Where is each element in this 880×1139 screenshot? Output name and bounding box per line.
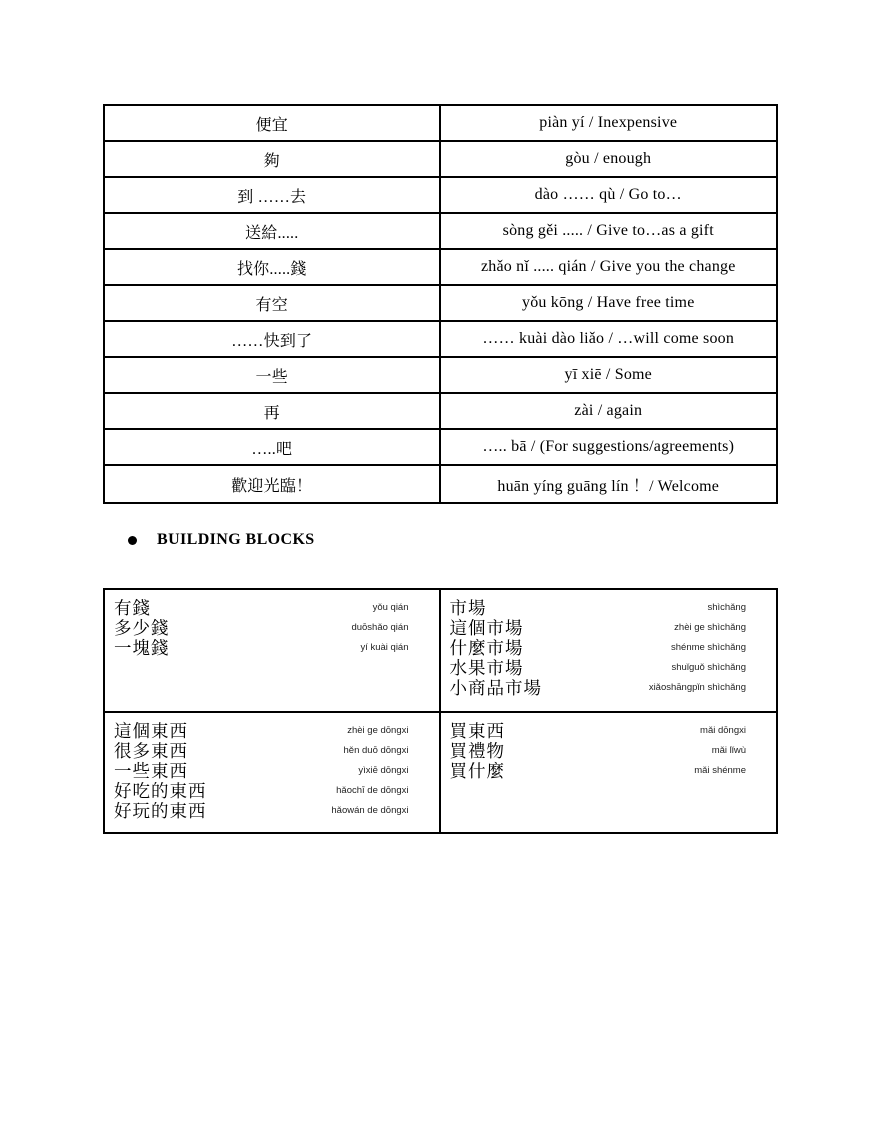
table-row: …..吧 ….. bā / (For suggestions/agreement… xyxy=(105,430,776,466)
building-block-entry: 好玩的東西 hǎowán de dōngxi xyxy=(114,800,439,820)
table-row: 送給..... sòng gěi ..... / Give to…as a gi… xyxy=(105,214,776,250)
building-blocks-cell-buy: 買東西 mǎi dōngxi 買禮物 mǎi lǐwù 買什麼 mǎi shén… xyxy=(441,713,777,832)
hanzi-cell: 便宜 xyxy=(105,106,441,140)
hanzi-text: 小商品市場 xyxy=(450,675,543,700)
table-row: 夠 gòu / enough xyxy=(105,142,776,178)
vocabulary-table: 便宜 piàn yí / Inexpensive 夠 gòu / enough … xyxy=(103,104,778,504)
table-row: 便宜 piàn yí / Inexpensive xyxy=(105,106,776,142)
pinyin-text: shénme shìchǎng xyxy=(671,642,746,653)
translation-cell: piàn yí / Inexpensive xyxy=(441,106,777,140)
pinyin-text: zhèi ge shìchǎng xyxy=(674,622,746,633)
building-block-entry: 買什麼 mǎi shénme xyxy=(450,760,777,780)
pinyin-text: mǎi shénme xyxy=(694,765,746,776)
hanzi-text: 買什麼 xyxy=(450,758,506,783)
pinyin-text: shuǐguǒ shìchǎng xyxy=(672,662,746,673)
translation-cell: …… kuài dào liǎo / …will come soon xyxy=(441,322,777,356)
hanzi-text: 一塊錢 xyxy=(114,635,170,660)
pinyin-text: hǎowán de dōngxi xyxy=(331,805,408,816)
building-block-entry: 一塊錢 yí kuài qián xyxy=(114,637,439,657)
pinyin-text: hǎochī de dōngxi xyxy=(336,785,408,796)
translation-cell: yī xiē / Some xyxy=(441,358,777,392)
pinyin-text: yí kuài qián xyxy=(360,642,408,653)
table-row: 這個東西 zhèi ge dōngxi 很多東西 hěn duō dōngxi … xyxy=(105,713,776,832)
translation-cell: huān yíng guāng lín ！/ Welcome xyxy=(441,466,777,502)
hanzi-cell: 歡迎光臨！ xyxy=(105,466,441,502)
pinyin-text: xiǎoshāngpǐn shìchǎng xyxy=(649,682,746,693)
pinyin-text: shìchǎng xyxy=(707,602,746,613)
hanzi-cell: 有空 xyxy=(105,286,441,320)
hanzi-cell: 找你.....錢 xyxy=(105,250,441,284)
table-row: 歡迎光臨！ huān yíng guāng lín ！/ Welcome xyxy=(105,466,776,502)
hanzi-text: 好玩的東西 xyxy=(114,798,207,823)
table-row: 找你.....錢 zhǎo nǐ ..... qián / Give you t… xyxy=(105,250,776,286)
hanzi-cell: 一些 xyxy=(105,358,441,392)
hanzi-cell: ……快到了 xyxy=(105,322,441,356)
pinyin-text: yǒu qián xyxy=(373,602,409,613)
hanzi-cell: …..吧 xyxy=(105,430,441,464)
translation-cell: dào …… qù / Go to… xyxy=(441,178,777,212)
pinyin-text: yìxiē dōngxi xyxy=(358,765,408,776)
pinyin-text: mǎi lǐwù xyxy=(712,745,746,756)
table-row: 有錢 yǒu qián 多少錢 duōshǎo qián 一塊錢 yí kuài… xyxy=(105,590,776,713)
table-row: 有空 yǒu kōng / Have free time xyxy=(105,286,776,322)
table-row: ……快到了 …… kuài dào liǎo / …will come soon xyxy=(105,322,776,358)
table-row: 到 ……去 dào …… qù / Go to… xyxy=(105,178,776,214)
bullet-icon xyxy=(128,536,137,545)
building-blocks-cell-things: 這個東西 zhèi ge dōngxi 很多東西 hěn duō dōngxi … xyxy=(105,713,441,832)
pinyin-text: duōshǎo qián xyxy=(351,622,408,633)
translation-cell: sòng gěi ..... / Give to…as a gift xyxy=(441,214,777,248)
translation-cell: ….. bā / (For suggestions/agreements) xyxy=(441,430,777,464)
translation-cell: gòu / enough xyxy=(441,142,777,176)
section-heading: BUILDING BLOCKS xyxy=(128,531,315,549)
hanzi-cell: 再 xyxy=(105,394,441,428)
translation-cell: zhǎo nǐ ..... qián / Give you the change xyxy=(441,250,777,284)
hanzi-cell: 送給..... xyxy=(105,214,441,248)
pinyin-text: hěn duō dōngxi xyxy=(344,745,409,756)
hanzi-cell: 到 ……去 xyxy=(105,178,441,212)
translation-cell: yǒu kōng / Have free time xyxy=(441,286,777,320)
pinyin-text: zhèi ge dōngxi xyxy=(347,725,408,736)
building-blocks-table: 有錢 yǒu qián 多少錢 duōshǎo qián 一塊錢 yí kuài… xyxy=(103,588,778,834)
building-blocks-cell-money: 有錢 yǒu qián 多少錢 duōshǎo qián 一塊錢 yí kuài… xyxy=(105,590,441,711)
hanzi-cell: 夠 xyxy=(105,142,441,176)
table-row: 再 zài / again xyxy=(105,394,776,430)
pinyin-text: mǎi dōngxi xyxy=(700,725,746,736)
translation-cell: zài / again xyxy=(441,394,777,428)
section-heading-label: BUILDING BLOCKS xyxy=(157,531,315,549)
building-blocks-cell-market: 市場 shìchǎng 這個市場 zhèi ge shìchǎng 什麼市場 s… xyxy=(441,590,777,711)
building-block-entry: 小商品市場 xiǎoshāngpǐn shìchǎng xyxy=(450,677,777,697)
table-row: 一些 yī xiē / Some xyxy=(105,358,776,394)
